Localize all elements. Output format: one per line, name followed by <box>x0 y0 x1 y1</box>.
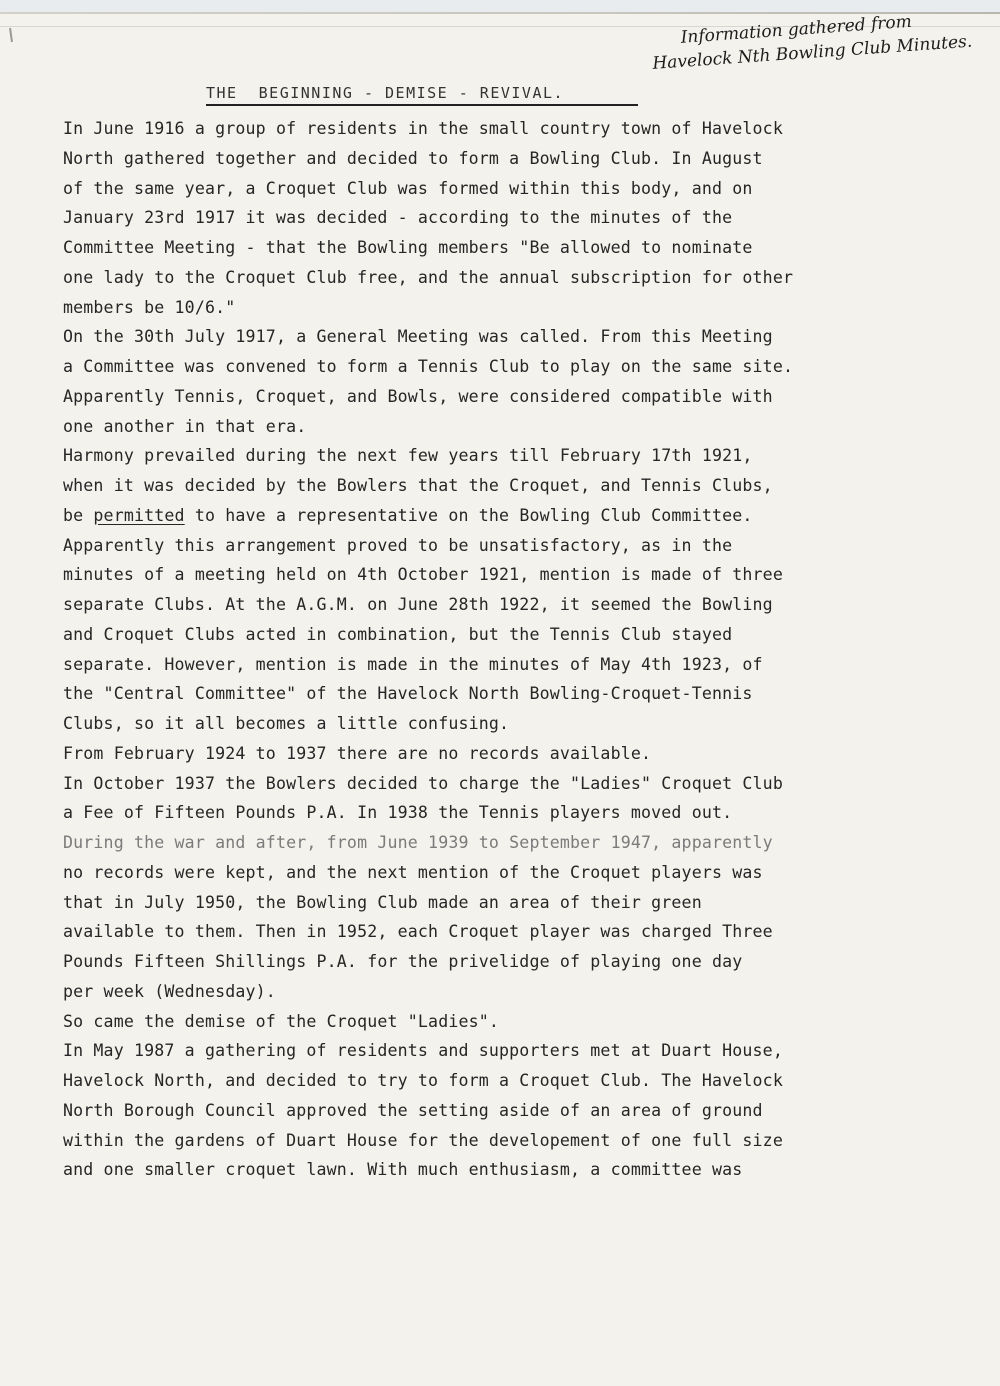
text-line: In June 1916 a group of residents in the… <box>63 114 963 144</box>
text-line: So came the demise of the Croquet "Ladie… <box>63 1007 963 1037</box>
text-line: January 23rd 1917 it was decided - accor… <box>63 203 963 233</box>
text-line: Clubs, so it all becomes a little confus… <box>63 709 963 739</box>
document-body: In June 1916 a group of residents in the… <box>63 114 963 1185</box>
text-fragment: be <box>63 506 93 525</box>
text-line: In May 1987 a gathering of residents and… <box>63 1036 963 1066</box>
scan-top-border <box>0 0 1000 12</box>
text-line: the "Central Committee" of the Havelock … <box>63 679 963 709</box>
text-line: During the war and after, from June 1939… <box>63 828 963 858</box>
text-line: Havelock North, and decided to try to fo… <box>63 1066 963 1096</box>
text-line: no records were kept, and the next menti… <box>63 858 963 888</box>
text-line: Apparently Tennis, Croquet, and Bowls, w… <box>63 382 963 412</box>
document-title: THE BEGINNING - DEMISE - REVIVAL. <box>206 84 564 102</box>
text-fragment: to have a representative on the Bowling … <box>185 506 753 525</box>
text-line: within the gardens of Duart House for th… <box>63 1126 963 1156</box>
text-line: of the same year, a Croquet Club was for… <box>63 174 963 204</box>
text-line: available to them. Then in 1952, each Cr… <box>63 917 963 947</box>
text-line: Pounds Fifteen Shillings P.A. for the pr… <box>63 947 963 977</box>
text-line: members be 10/6." <box>63 293 963 323</box>
text-line: when it was decided by the Bowlers that … <box>63 471 963 501</box>
margin-mark <box>9 28 13 42</box>
handwritten-note: Information gathered from Havelock Nth B… <box>650 5 983 76</box>
underlined-word: permitted <box>93 506 184 525</box>
text-line: Harmony prevailed during the next few ye… <box>63 441 963 471</box>
text-line: per week (Wednesday). <box>63 977 963 1007</box>
document-page: Information gathered from Havelock Nth B… <box>0 0 1000 1386</box>
text-line: a Committee was convened to form a Tenni… <box>63 352 963 382</box>
text-line: North gathered together and decided to f… <box>63 144 963 174</box>
text-line: separate. However, mention is made in th… <box>63 650 963 680</box>
text-line: that in July 1950, the Bowling Club made… <box>63 888 963 918</box>
text-line: Apparently this arrangement proved to be… <box>63 531 963 561</box>
text-line: and one smaller croquet lawn. With much … <box>63 1155 963 1185</box>
text-line: Committee Meeting - that the Bowling mem… <box>63 233 963 263</box>
text-line: one another in that era. <box>63 412 963 442</box>
text-line: On the 30th July 1917, a General Meeting… <box>63 322 963 352</box>
text-line: In October 1937 the Bowlers decided to c… <box>63 769 963 799</box>
text-line: a Fee of Fifteen Pounds P.A. In 1938 the… <box>63 798 963 828</box>
text-line: minutes of a meeting held on 4th October… <box>63 560 963 590</box>
text-line: one lady to the Croquet Club free, and t… <box>63 263 963 293</box>
text-line: be permitted to have a representative on… <box>63 501 963 531</box>
text-line: separate Clubs. At the A.G.M. on June 28… <box>63 590 963 620</box>
text-line: and Croquet Clubs acted in combination, … <box>63 620 963 650</box>
text-line: From February 1924 to 1937 there are no … <box>63 739 963 769</box>
title-underline <box>206 104 638 106</box>
text-line: North Borough Council approved the setti… <box>63 1096 963 1126</box>
